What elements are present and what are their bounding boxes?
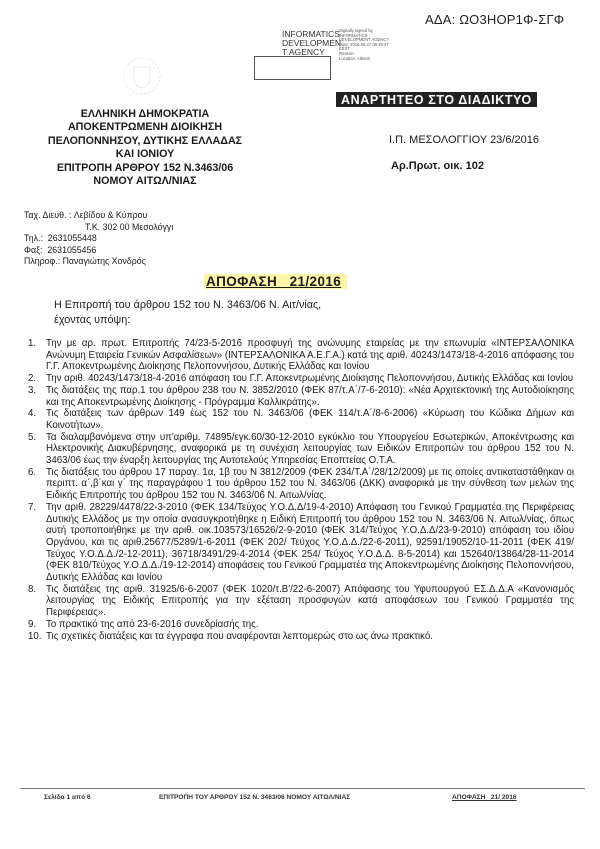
- phone-value: 2631055448: [48, 233, 97, 245]
- page-number: Σελίδα 1 από 6: [44, 794, 91, 801]
- item-text: Τα διαλαμβανόμενα στην υπ'αριθμ. 74895/ε…: [46, 432, 574, 467]
- item-number: 8.: [28, 584, 46, 619]
- footer-decision-ref: ΑΠΟΦΑΣΗ 21/ 2016: [452, 794, 517, 801]
- item-text: Τις διατάξεις του άρθρου 17 παραγ. 1α, 1…: [46, 467, 574, 502]
- list-item: 5.Τα διαλαμβανόμενα στην υπ'αριθμ. 74895…: [28, 432, 574, 467]
- address-line1: Λεβίδου & Κύπρου: [74, 210, 148, 222]
- address-row: Ταχ. Διευθ. : Λεβίδου & Κύπρου: [24, 210, 173, 222]
- item-number: 10.: [28, 631, 46, 643]
- info-label: Πληροφ.:: [24, 256, 63, 268]
- item-number: 7.: [28, 502, 46, 584]
- issuing-authority-header: ΕΛΛΗΝΙΚΗ ΔΗΜΟΚΡΑΤΙΑ ΑΠΟΚΕΝΤΡΩΜΕΝΗ ΔΙΟΙΚΗ…: [40, 108, 250, 188]
- item-text: Τις σχετικές διατάξεις και τα έγγραφα πο…: [46, 631, 574, 643]
- list-item: 1.Την με αρ. πρωτ. Επιτροπής 74/23-5-201…: [28, 338, 574, 373]
- address-row-2: Τ.Κ. 302 00 Μεσολόγγι: [24, 222, 173, 234]
- info-value: Παναγιώτης Χονδρός: [63, 256, 146, 268]
- fax-row: Φαξ: 2631055456: [24, 245, 173, 257]
- item-text: Την αριθ. 40243/1473/18-4-2016 απόφαση τ…: [46, 373, 574, 385]
- list-item: 8.Τις διατάξεις της αριθ. 31925/6-6-2007…: [28, 584, 574, 619]
- footer-committee: ΕΠΙΤΡΟΠΗ ΤΟΥ ΑΡΘΡΟΥ 152 Ν. 3463/06 ΝΟΜΟΥ…: [159, 794, 350, 801]
- header-line: ΚΑΙ ΙΟΝΙΟΥ: [40, 148, 250, 161]
- header-line: ΕΛΛΗΝΙΚΗ ΔΗΜΟΚΡΑΤΙΑ: [40, 108, 250, 121]
- list-item: 2.Την αριθ. 40243/1473/18-4-2016 απόφαση…: [28, 373, 574, 385]
- address-label: Ταχ. Διευθ. :: [24, 210, 74, 222]
- header-line: ΠΕΛΟΠΟΝΝΗΣΟΥ, ΔΥΤΙΚΗΣ ΕΛΛΑΔΑΣ: [40, 135, 250, 148]
- item-number: 2.: [28, 373, 46, 385]
- contact-info: Ταχ. Διευθ. : Λεβίδου & Κύπρου Τ.Κ. 302 …: [24, 210, 173, 268]
- list-item: 4.Τις διατάξεις των άρθρων 149 έως 152 τ…: [28, 408, 574, 431]
- ada-code: ΑΔΑ: ΩΟ3ΗΟΡ1Φ-ΣΓΦ: [425, 12, 564, 27]
- list-item: 10.Τις σχετικές διατάξεις και τα έγγραφα…: [28, 631, 574, 643]
- header-line: ΕΠΙΤΡΟΠΗ ΑΡΘΡΟΥ 152 Ν.3463/06: [40, 162, 250, 175]
- address-line2: Τ.Κ. 302 00 Μεσολόγγι: [85, 222, 173, 234]
- fax-value: 2631055456: [47, 245, 96, 257]
- item-number: 6.: [28, 467, 46, 502]
- place-date: Ι.Π. ΜΕΣΟΛΟΓΓΙΟΥ 23/6/2016: [389, 134, 539, 146]
- list-item: 6.Τις διατάξεις του άρθρου 17 παραγ. 1α,…: [28, 467, 574, 502]
- info-row: Πληροφ.: Παναγιώτης Χονδρός: [24, 256, 173, 268]
- item-text: Τις διατάξεις των άρθρων 149 έως 152 του…: [46, 408, 574, 431]
- considerations-list: 1.Την με αρ. πρωτ. Επιτροπής 74/23-5-201…: [28, 338, 574, 642]
- signature-organization: INFORMATICS DEVELOPMEN T AGENCY: [282, 30, 341, 57]
- intro-line: έχοντας υπόψη:: [54, 313, 321, 328]
- item-text: Την αριθ. 28229/4478/22-3-2010 (ΦΕΚ 134/…: [46, 502, 574, 584]
- item-number: 4.: [28, 408, 46, 431]
- footer-divider: [20, 788, 585, 789]
- publish-online-banner: ΑΝΑΡΤΗΤΕΟ ΣΤΟ ΔΙΑΔΙΚΤΥΟ: [336, 92, 537, 107]
- signature-details: Digitally signed by INFORMATICS DEVELOPM…: [339, 29, 389, 61]
- phone-label: Τηλ.:: [24, 233, 48, 245]
- item-number: 1.: [28, 338, 46, 373]
- decision-title: ΑΠΟΦΑΣΗ 21/2016: [204, 274, 347, 289]
- intro-line: Η Επιτροπή του άρθρου 152 του Ν. 3463/06…: [54, 298, 321, 313]
- item-text: Τις διατάξεις της παρ.1 του άρθρου 238 τ…: [46, 385, 574, 408]
- protocol-number: Αρ.Πρωτ. οικ. 102: [391, 160, 484, 172]
- list-item: 7.Την αριθ. 28229/4478/22-3-2010 (ΦΕΚ 13…: [28, 502, 574, 584]
- intro-text: Η Επιτροπή του άρθρου 152 του Ν. 3463/06…: [54, 298, 321, 328]
- header-line: ΑΠΟΚΕΝΤΡΩΜΕΝΗ ΔΙΟΙΚΗΣΗ: [40, 121, 250, 134]
- list-item: 9.Το πρακτικό της από 23-6-2016 συνεδρία…: [28, 619, 574, 631]
- item-number: 9.: [28, 619, 46, 631]
- signature-box: [254, 56, 331, 80]
- item-text: Το πρακτικό της από 23-6-2016 συνεδρίασή…: [46, 619, 574, 631]
- list-item: 3.Τις διατάξεις της παρ.1 του άρθρου 238…: [28, 385, 574, 408]
- phone-row: Τηλ.: 2631055448: [24, 233, 173, 245]
- coat-of-arms-icon: [120, 54, 164, 98]
- item-number: 3.: [28, 385, 46, 408]
- header-line: ΝΟΜΟΥ ΑΙΤΩΛ/ΝΙΑΣ: [40, 175, 250, 188]
- item-number: 5.: [28, 432, 46, 467]
- item-text: Τις διατάξεις της αριθ. 31925/6-6-2007 (…: [46, 584, 574, 619]
- item-text: Την με αρ. πρωτ. Επιτροπής 74/23-5-2016 …: [46, 338, 574, 373]
- fax-label: Φαξ:: [24, 245, 47, 257]
